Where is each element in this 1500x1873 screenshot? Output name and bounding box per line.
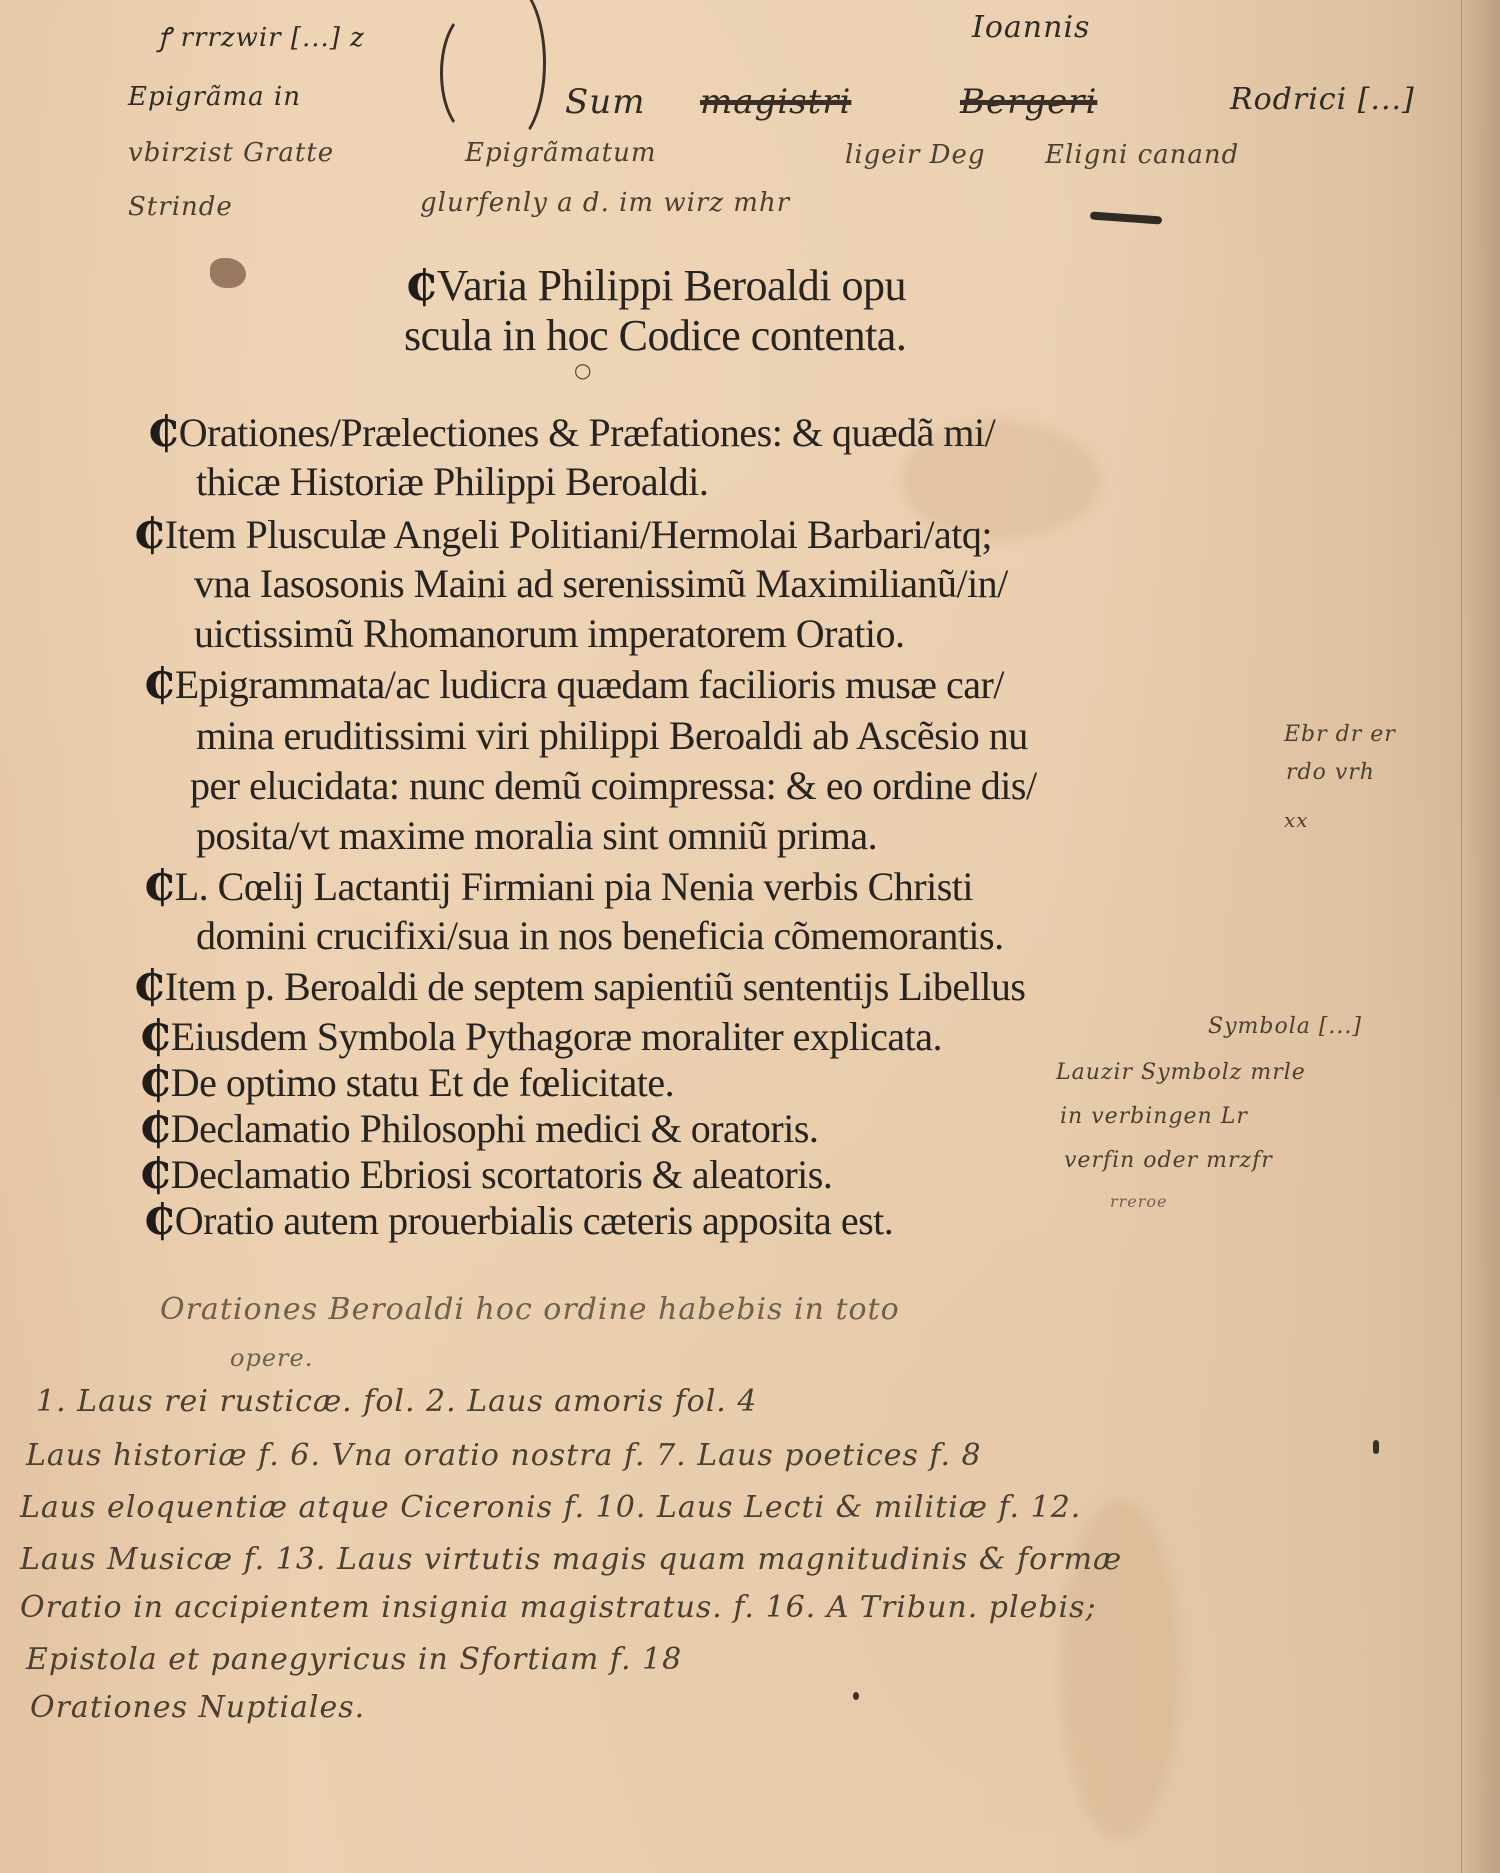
hand-heading-1: Orationes Beroaldi hoc ordine habebis in… bbox=[160, 1292, 900, 1327]
entry-0-line-1: thicæ Historiæ Philippi Beroaldi. bbox=[196, 458, 708, 506]
title-line-1: ₵Varia Philippi Beroaldi opu bbox=[406, 262, 906, 310]
entry-2-line-0: ₵Epigrammata/ac ludicra quædam faciliori… bbox=[144, 660, 1004, 709]
hand-line3-c: ligeir Deg bbox=[845, 140, 986, 170]
margin-note: Symbola [...] bbox=[1208, 1014, 1362, 1039]
margin-note: verfin oder mrzfr bbox=[1064, 1148, 1273, 1173]
hand-line3-d: Eligni canand bbox=[1045, 140, 1239, 170]
title-line-2: scula in hoc Codice contenta. bbox=[404, 312, 906, 360]
entry-7-line-0: ₵Declamatio Philosophi medici & oratoris… bbox=[140, 1104, 818, 1153]
hand-line2-c: Rodrici [...] bbox=[1230, 82, 1415, 117]
paragraph-mark-icon: ₵ bbox=[139, 1058, 171, 1106]
entry-0-line-0: ₵Orationes/Prælectiones & Præfationes: &… bbox=[148, 408, 995, 457]
entry-5-line-0: ₵Eiusdem Symbola Pythagoræ moraliter exp… bbox=[140, 1012, 942, 1061]
hand-line2-b: Sum bbox=[565, 82, 645, 122]
hand-index-line: 1. Laus rei rusticæ. fol. 2. Laus amoris… bbox=[36, 1384, 757, 1419]
page-edge bbox=[1461, 0, 1500, 1873]
hand-heading-2: opere. bbox=[230, 1344, 313, 1372]
paragraph-mark-icon: ₵ bbox=[405, 262, 437, 310]
hand-index-line: Laus Musicæ f. 13. Laus virtutis magis q… bbox=[20, 1542, 1122, 1577]
hand-line4-a: Strinde bbox=[128, 192, 233, 222]
entry-4-line-0: ₵Item p. Beroaldi de septem sapientiũ se… bbox=[134, 962, 1025, 1011]
hand-line4-b: glurfenly a d. im wirz mhr bbox=[420, 188, 790, 218]
entry-2-line-3: posita/vt maxime moralia sint omniũ prim… bbox=[196, 812, 877, 860]
hand-line1-right: Ioannis bbox=[972, 10, 1090, 45]
entry-6-line-0: ₵De optimo statu Et de fœlicitate. bbox=[140, 1058, 674, 1107]
paragraph-mark-icon: ₵ bbox=[139, 1150, 171, 1198]
margin-note: in verbingen Lr bbox=[1060, 1104, 1248, 1129]
entry-1-line-2: uictissimũ Rhomanorum imperatorem Oratio… bbox=[194, 610, 904, 658]
paragraph-mark-icon: ₵ bbox=[147, 408, 179, 456]
entry-3-line-0: ₵L. Cœlij Lactantij Firmiani pia Nenia v… bbox=[144, 862, 973, 911]
hand-line2-a: Epigrãma in bbox=[128, 82, 301, 112]
margin-note: rdo vrh bbox=[1286, 760, 1375, 785]
small-circle-mark: ○ bbox=[574, 358, 592, 382]
ink-blot bbox=[210, 258, 246, 288]
entry-2-line-2: per elucidata: nunc demũ coimpressa: & e… bbox=[190, 762, 1037, 810]
paragraph-mark-icon: ₵ bbox=[139, 1012, 171, 1060]
paragraph-mark-icon: ₵ bbox=[139, 1104, 171, 1152]
paragraph-mark-icon: ₵ bbox=[133, 510, 165, 558]
manuscript-page: ꝭ rrrzwir [...] z Ioannis Epigrãma in Su… bbox=[0, 0, 1500, 1873]
flourish-stroke bbox=[470, 0, 546, 146]
ink-mark bbox=[1373, 1440, 1379, 1454]
ink-dash bbox=[1090, 211, 1162, 224]
hand-line1-left: ꝭ rrrzwir [...] z bbox=[158, 18, 365, 54]
entry-1-line-1: vna Iasosonis Maini ad serenissimũ Maxim… bbox=[194, 560, 1008, 608]
margin-note: Ebr dr er bbox=[1284, 722, 1396, 747]
entry-3-line-1: domini crucifixi/sua in nos beneficia cõ… bbox=[196, 912, 1004, 960]
margin-note: Lauzir Symbolz mrle bbox=[1056, 1060, 1306, 1085]
hand-line3-b: Epigrãmatum bbox=[465, 138, 657, 168]
entry-8-line-0: ₵Declamatio Ebriosi scortatoris & aleato… bbox=[140, 1150, 832, 1199]
paragraph-mark-icon: ₵ bbox=[143, 660, 175, 708]
entry-9-line-0: ₵Oratio autem prouerbialis cæteris appos… bbox=[144, 1196, 893, 1245]
paragraph-mark-icon: ₵ bbox=[143, 1196, 175, 1244]
entry-1-line-0: ₵Item Plusculæ Angeli Politiani/Hermolai… bbox=[134, 510, 992, 559]
hand-struck-word-1: magistri bbox=[700, 82, 851, 122]
hand-struck-word-2: Bergeri bbox=[960, 82, 1097, 122]
margin-note: rreroe bbox=[1110, 1192, 1168, 1211]
paragraph-mark-icon: ₵ bbox=[133, 962, 165, 1010]
hand-index-line: Laus historiæ f. 6. Vna oratio nostra f.… bbox=[26, 1438, 982, 1473]
hand-index-line: Oratio in accipientem insignia magistrat… bbox=[20, 1590, 1097, 1625]
hand-index-line: Epistola et panegyricus in Sfortiam f. 1… bbox=[26, 1642, 682, 1677]
paragraph-mark-icon: ₵ bbox=[143, 862, 175, 910]
hand-index-line: Laus eloquentiæ atque Ciceronis f. 10. L… bbox=[20, 1490, 1081, 1525]
hand-index-line: Orationes Nuptiales. bbox=[30, 1690, 365, 1725]
entry-2-line-1: mina eruditissimi viri philippi Beroaldi… bbox=[196, 712, 1028, 760]
ink-mark bbox=[853, 1692, 859, 1700]
margin-note: xx bbox=[1284, 808, 1309, 832]
hand-line3-a: vbirzist Gratte bbox=[128, 138, 334, 168]
